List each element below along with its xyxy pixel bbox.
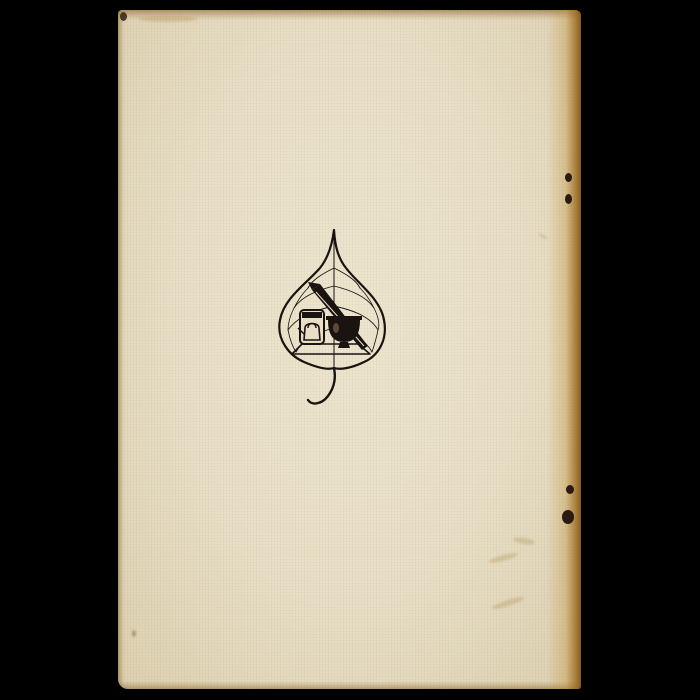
bodhi-leaf-emblem [272, 228, 392, 410]
worm-hole [566, 485, 574, 494]
stain [513, 536, 536, 546]
leaf-stem-icon [308, 368, 335, 403]
bottom-edge-stain [118, 681, 581, 689]
left-edge-stain [118, 10, 124, 689]
worm-hole [565, 173, 572, 182]
kettle-icon [298, 310, 324, 344]
stain [138, 16, 198, 22]
stain [132, 630, 136, 637]
worm-hole [562, 510, 574, 524]
worm-hole [565, 194, 572, 204]
stain [488, 551, 519, 565]
right-edge-foxing [547, 10, 581, 689]
stain [491, 595, 525, 611]
corner-chip-mark [120, 12, 127, 21]
